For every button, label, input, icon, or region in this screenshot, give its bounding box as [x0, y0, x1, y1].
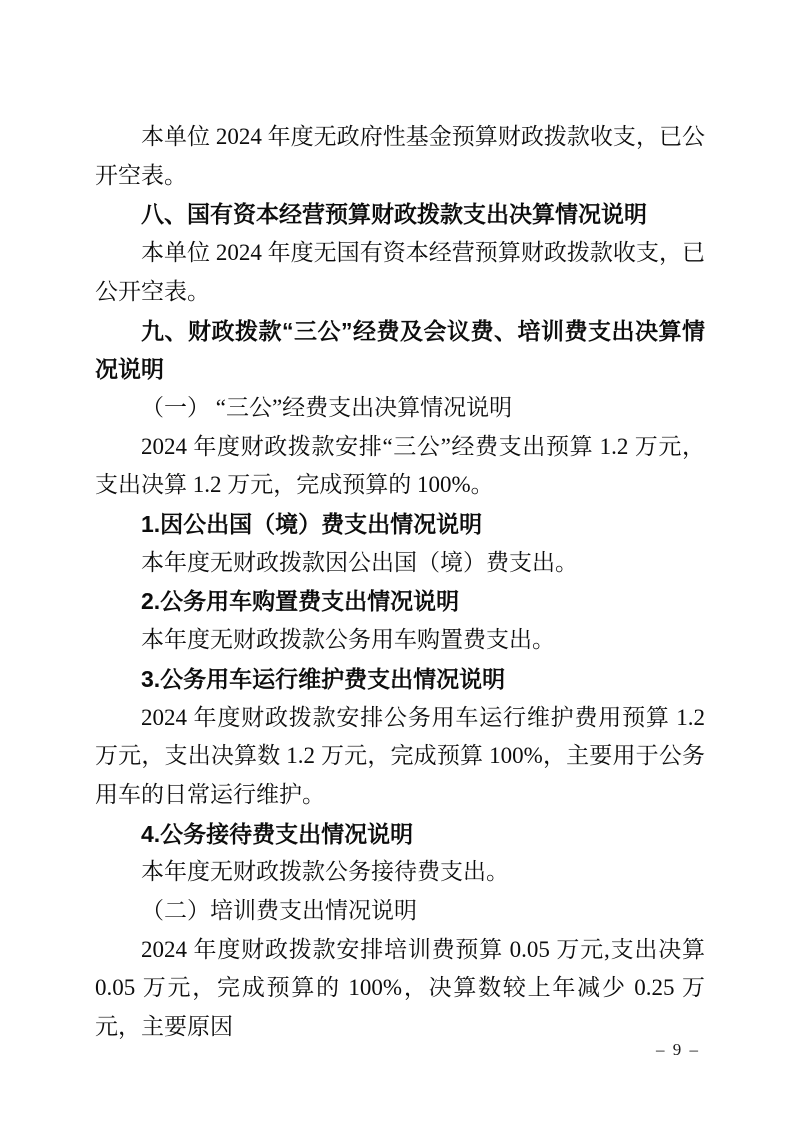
heading-section-8-soe-budget: 八、国有资本经营预算财政拨款支出决算情况说明 — [95, 195, 705, 234]
paragraph-soe-budget-note: 本单位 2024 年度无国有资本经营预算财政拨款收支，已公开空表。 — [95, 234, 705, 311]
paragraph-abroad-fee-note: 本年度无财政拨款因公出国（境）费支出。 — [95, 544, 705, 583]
subheading-sangong-expense: （一） “三公”经费支出决算情况说明 — [95, 389, 705, 428]
paragraph-gov-fund-note: 本单位 2024 年度无政府性基金预算财政拨款收支，已公开空表。 — [95, 118, 705, 195]
paragraph-vehicle-purchase-note: 本年度无财政拨款公务用车购置费支出。 — [95, 621, 705, 660]
heading-reception-fee: 4.公务接待费支出情况说明 — [95, 815, 705, 854]
heading-vehicle-purchase-fee: 2.公务用车购置费支出情况说明 — [95, 582, 705, 621]
paragraph-reception-fee-note: 本年度无财政拨款公务接待费支出。 — [95, 853, 705, 892]
paragraph-training-fee-detail: 2024 年度财政拨款安排培训费预算 0.05 万元,支出决算 0.05 万元，… — [95, 931, 705, 1047]
document-page: 本单位 2024 年度无政府性基金预算财政拨款收支，已公开空表。 八、国有资本经… — [0, 0, 793, 1122]
paragraph-sangong-detail: 2024 年度财政拨款安排“三公”经费支出预算 1.2 万元，支出决算 1.2 … — [95, 428, 705, 505]
heading-vehicle-maintenance-fee: 3.公务用车运行维护费支出情况说明 — [95, 660, 705, 699]
heading-abroad-fee: 1.因公出国（境）费支出情况说明 — [95, 505, 705, 544]
page-number: – 9 – — [656, 1039, 700, 1061]
document-body: 本单位 2024 年度无政府性基金预算财政拨款收支，已公开空表。 八、国有资本经… — [95, 118, 705, 1047]
heading-section-9-sangong: 九、财政拨款“三公”经费及会议费、培训费支出决算情况说明 — [95, 312, 705, 389]
paragraph-vehicle-maintenance: 2024 年度财政拨款安排公务用车运行维护费用预算 1.2 万元，支出决算数 1… — [95, 699, 705, 815]
subheading-training-fee: （二）培训费支出情况说明 — [95, 892, 705, 931]
